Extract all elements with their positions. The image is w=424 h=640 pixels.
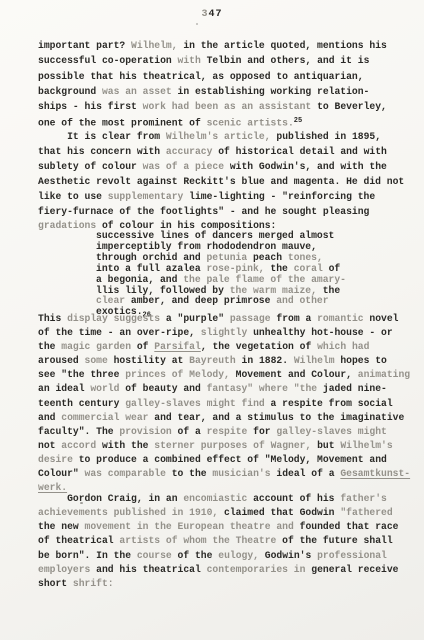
text-segment: Wilhelm bbox=[294, 355, 335, 366]
text-segment: of the future shall bbox=[276, 535, 392, 546]
text-line: Gordon Craig, in an encomiastic account … bbox=[38, 492, 398, 506]
text-line: see "the three princes of Melody, Moveme… bbox=[38, 368, 410, 382]
text-line: the new movement in the European theatre… bbox=[38, 520, 398, 534]
text-segment: in establishing working relation- bbox=[172, 86, 370, 97]
text-segment: movement in the European theatre and bbox=[85, 521, 294, 532]
text-segment: princes of Melody, bbox=[125, 369, 230, 380]
text-segment: eulogy, bbox=[218, 550, 259, 561]
text-segment: Telbin and others, and it is bbox=[201, 55, 370, 66]
text-segment: father's bbox=[340, 493, 387, 504]
text-segment: and his theatrical bbox=[90, 564, 206, 575]
text-segment: was comparable bbox=[85, 468, 166, 479]
text-segment: like to use bbox=[38, 191, 108, 202]
text-segment: 3 bbox=[201, 9, 208, 20]
text-segment: sterner purposes of Wagner, bbox=[154, 440, 311, 451]
text-segment: supplementary bbox=[108, 191, 184, 202]
text-segment: into a full azalea bbox=[96, 263, 206, 274]
block-quote-dancers-colours: successive lines of dancers merged almos… bbox=[96, 231, 346, 322]
text-segment: course bbox=[137, 550, 172, 561]
text-line: short shrift: bbox=[38, 577, 398, 591]
text-segment: scenic artists. bbox=[207, 118, 294, 129]
text-line: be born". In the course of the eulogy, G… bbox=[38, 549, 398, 563]
text-segment: published in 1895, bbox=[271, 131, 381, 142]
text-line: one of the most prominent of scenic arti… bbox=[38, 114, 387, 131]
text-line: and commercial wear and tear, and a stim… bbox=[38, 411, 410, 425]
text-segment: claimed that Godwin bbox=[218, 507, 340, 518]
text-segment: a "purple" bbox=[160, 313, 230, 324]
text-segment: was an asset bbox=[102, 86, 172, 97]
scan-artifact bbox=[80, 502, 83, 504]
text-segment: the pale flame of the amary- bbox=[183, 274, 346, 285]
text-segment: but bbox=[311, 440, 340, 451]
text-segment: Colour" bbox=[38, 468, 85, 479]
text-segment: Parsifal bbox=[154, 341, 201, 352]
text-segment: 25 bbox=[294, 117, 302, 125]
text-segment: novel bbox=[364, 313, 399, 324]
paragraph-wilhelm-cooperation: important part? Wilhelm, in the article … bbox=[38, 38, 387, 131]
text-segment: the bbox=[38, 341, 61, 352]
text-segment: not bbox=[38, 440, 61, 451]
text-segment: contemporaries in bbox=[207, 564, 306, 575]
text-segment: and bbox=[38, 412, 61, 423]
text-segment: petunia bbox=[206, 252, 247, 263]
text-segment: background bbox=[38, 86, 102, 97]
text-segment: Wilhelm's bbox=[340, 440, 392, 451]
text-segment: ideal of a bbox=[271, 468, 341, 479]
text-segment: general receive bbox=[305, 564, 398, 575]
text-segment: be born". In the bbox=[38, 550, 137, 561]
text-segment: the warm maize, bbox=[230, 285, 317, 296]
text-segment: for bbox=[247, 426, 276, 437]
text-segment: hostility at bbox=[108, 355, 189, 366]
text-segment: "fathered bbox=[340, 507, 392, 518]
text-segment: peach bbox=[247, 252, 288, 263]
text-segment: coral bbox=[294, 263, 323, 274]
text-segment: short bbox=[38, 578, 73, 589]
text-line: an ideal world of beauty and fantasy" wh… bbox=[38, 382, 410, 396]
text-segment: fiery-furnace of the footlights" - and h… bbox=[38, 206, 369, 217]
text-segment: of a bbox=[172, 426, 207, 437]
text-segment: professional bbox=[317, 550, 387, 561]
text-segment: display suggests bbox=[67, 313, 160, 324]
text-segment: in the article quoted, mentions his bbox=[178, 40, 387, 51]
text-segment: and tear, and a stimulus to the imaginat… bbox=[148, 412, 404, 423]
text-line: Aesthetic revolt against Reckitt's blue … bbox=[38, 175, 404, 190]
text-segment: Bayreuth bbox=[189, 355, 236, 366]
text-segment: rose-pink, bbox=[206, 263, 264, 274]
text-segment: gradations bbox=[38, 220, 96, 231]
text-segment: shrift: bbox=[73, 578, 114, 589]
text-segment: to Beverley, bbox=[311, 101, 387, 112]
text-line: successful co-operation with Telbin and … bbox=[38, 53, 387, 68]
text-line: of theatrical artists of whom the Theatr… bbox=[38, 534, 398, 548]
text-segment: one of the most prominent of bbox=[38, 118, 207, 129]
text-segment: Godwin's bbox=[259, 550, 317, 561]
text-segment: successive lines of dancers merged almos… bbox=[96, 230, 334, 241]
text-segment: aroused bbox=[38, 355, 85, 366]
text-line: This display suggests a "purple" passage… bbox=[38, 312, 410, 326]
text-segment: passage bbox=[230, 313, 271, 324]
text-segment: in 1882. bbox=[236, 355, 294, 366]
text-segment: an ideal bbox=[38, 383, 90, 394]
paragraph-wilhelm-article-1895: It is clear from Wilhelm's article, publ… bbox=[38, 130, 404, 234]
text-segment: llis lily, followed by bbox=[96, 285, 230, 296]
text-segment: of bbox=[131, 341, 154, 352]
text-segment: artists of whom the Theatre bbox=[119, 535, 276, 546]
paragraph-purple-passage: This display suggests a "purple" passage… bbox=[38, 312, 410, 495]
text-line: teenth century galley-slaves might find … bbox=[38, 397, 410, 411]
text-segment: This bbox=[38, 313, 67, 324]
scanned-document-page: 347 important part? Wilhelm, in the arti… bbox=[0, 0, 424, 640]
text-segment: ships - his first bbox=[38, 101, 143, 112]
text-segment: lime-lighting - "reinforcing the bbox=[183, 191, 375, 202]
text-segment: from a bbox=[271, 313, 318, 324]
text-segment: provision bbox=[119, 426, 171, 437]
text-segment: hopes to bbox=[335, 355, 387, 366]
text-segment: musician's bbox=[212, 468, 270, 479]
text-segment: encomiastic bbox=[183, 493, 247, 504]
text-segment: and other bbox=[276, 295, 328, 306]
text-line: fiery-furnace of the footlights" - and h… bbox=[38, 205, 404, 220]
text-segment: some bbox=[85, 355, 108, 366]
text-line: like to use supplementary lime-lighting … bbox=[38, 190, 404, 205]
text-segment: sublety of colour bbox=[38, 161, 143, 172]
text-segment: with the bbox=[96, 440, 154, 451]
text-segment: amber, and deep primrose bbox=[125, 295, 276, 306]
text-segment: slightly bbox=[201, 327, 248, 338]
text-segment: the new bbox=[38, 521, 85, 532]
text-line: desire to produce a combined effect of "… bbox=[38, 453, 410, 467]
text-segment: to the bbox=[166, 468, 213, 479]
scan-artifact bbox=[196, 23, 198, 25]
text-line: ships - his first work had been as an as… bbox=[38, 99, 387, 114]
text-segment: with Godwin's, and with the bbox=[224, 161, 387, 172]
text-segment: galley-slaves might bbox=[276, 426, 386, 437]
text-segment: fantasy" where "the bbox=[207, 383, 317, 394]
text-segment: achievements published in 1910, bbox=[38, 507, 218, 518]
text-segment: faculty". The bbox=[38, 426, 119, 437]
text-line: It is clear from Wilhelm's article, publ… bbox=[38, 130, 404, 145]
text-segment: world bbox=[90, 383, 119, 394]
text-segment: account of his bbox=[247, 493, 340, 504]
page-number: 347 bbox=[0, 9, 424, 20]
text-line: faculty". The provision of a respite for… bbox=[38, 425, 410, 439]
text-segment: the bbox=[317, 285, 340, 296]
text-segment: accord bbox=[61, 440, 96, 451]
text-line: possible that his theatrical, as opposed… bbox=[38, 69, 387, 84]
text-segment: of the time - an over-ripe, bbox=[38, 327, 201, 338]
text-segment: imperceptibly from rhododendron mauve, bbox=[96, 241, 317, 252]
text-segment: animating bbox=[358, 369, 410, 380]
text-segment: teenth century bbox=[38, 398, 125, 409]
text-segment: of theatrical bbox=[38, 535, 119, 546]
text-line: the magic garden of Parsifal, the vegeta… bbox=[38, 340, 410, 354]
text-segment: Wilhelm's article, bbox=[166, 131, 271, 142]
text-line: background was an asset in establishing … bbox=[38, 84, 387, 99]
text-segment: tones, bbox=[288, 252, 323, 263]
text-segment: of historical detail and with bbox=[212, 146, 386, 157]
text-segment: Gesamtkunst- bbox=[340, 468, 410, 479]
text-segment: of the bbox=[172, 550, 219, 561]
paragraph-gordon-craig: Gordon Craig, in an encomiastic account … bbox=[38, 492, 398, 591]
text-segment: accuracy bbox=[166, 146, 213, 157]
text-segment: Aesthetic revolt against Reckitt's blue … bbox=[38, 176, 404, 187]
text-segment: a begonia, and bbox=[96, 274, 183, 285]
text-segment: Movement and Colour, bbox=[230, 369, 358, 380]
text-segment: jaded nine- bbox=[317, 383, 387, 394]
text-segment: through orchid and bbox=[96, 252, 206, 263]
text-line: not accord with the sterner purposes of … bbox=[38, 439, 410, 453]
text-segment: desire bbox=[38, 454, 73, 465]
text-segment: employers bbox=[38, 564, 90, 575]
text-line: achievements published in 1910, claimed … bbox=[38, 506, 398, 520]
text-segment: It is clear from bbox=[38, 131, 166, 142]
text-segment: clear bbox=[96, 295, 125, 306]
text-line: Colour" was comparable to the musician's… bbox=[38, 467, 410, 481]
text-segment: , the vegetation of bbox=[201, 341, 317, 352]
text-segment: to produce a combined effect of "Melody,… bbox=[73, 454, 387, 465]
text-segment: Wilhelm, bbox=[131, 40, 178, 51]
text-segment: commercial wear bbox=[61, 412, 148, 423]
text-line: important part? Wilhelm, in the article … bbox=[38, 38, 387, 53]
text-line: employers and his theatrical contemporar… bbox=[38, 563, 398, 577]
text-line: of the time - an over-ripe, slightly unh… bbox=[38, 326, 410, 340]
text-segment: work had been as an assistant bbox=[143, 101, 312, 112]
text-segment: romantic bbox=[317, 313, 364, 324]
text-segment: a respite from social bbox=[265, 398, 393, 409]
text-segment: of bbox=[323, 263, 340, 274]
text-segment: of beauty and bbox=[119, 383, 206, 394]
text-line: 347 bbox=[0, 9, 424, 20]
text-segment: see "the three bbox=[38, 369, 125, 380]
text-segment: the bbox=[265, 263, 294, 274]
text-segment: with bbox=[178, 55, 201, 66]
text-segment: important part? bbox=[38, 40, 131, 51]
text-segment: was of a piece bbox=[143, 161, 224, 172]
text-segment: 47 bbox=[209, 9, 223, 20]
text-segment: unhealthy hot-house - or bbox=[247, 327, 392, 338]
text-segment: possible that his theatrical, as opposed… bbox=[38, 71, 364, 82]
text-segment: galley-slaves might find bbox=[125, 398, 265, 409]
text-line: that his concern with accuracy of histor… bbox=[38, 145, 404, 160]
text-segment: respite bbox=[207, 426, 248, 437]
text-line: aroused some hostility at Bayreuth in 18… bbox=[38, 354, 410, 368]
text-segment: which had bbox=[317, 341, 369, 352]
text-segment: founded that race bbox=[294, 521, 399, 532]
text-segment: magic garden bbox=[61, 341, 131, 352]
text-line: sublety of colour was of a piece with Go… bbox=[38, 160, 404, 175]
text-segment: that his concern with bbox=[38, 146, 166, 157]
text-segment: Gordon Craig, in an bbox=[38, 493, 183, 504]
text-segment: successful co-operation bbox=[38, 55, 178, 66]
